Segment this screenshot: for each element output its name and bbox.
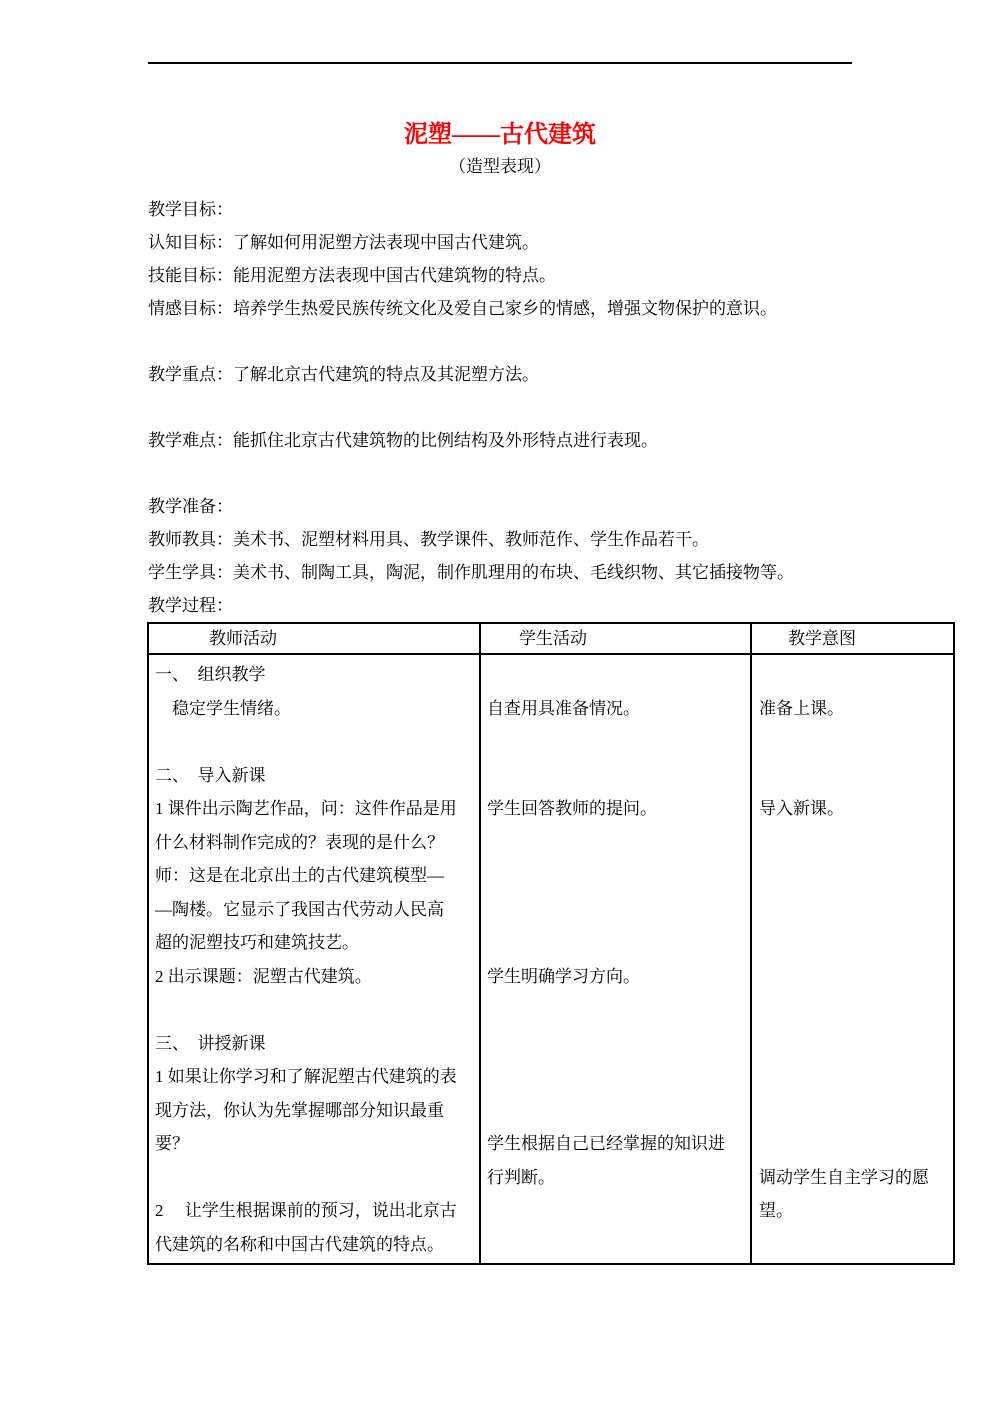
document-title: 泥塑——古代建筑 [148,120,852,151]
paragraph-line [148,391,913,424]
table-cell-line: 行判断。 [487,1161,750,1195]
document-page: 泥塑——古代建筑 （造型表现） 教学目标：认知目标：了解如何用泥塑方法表现中国古… [0,0,993,1404]
table-cell-line: 要？ [155,1127,479,1161]
teacher-activity-cell: 一、 组织教学 稳定学生情绪。二、 导入新课1 课件出示陶艺作品，问：这件作品是… [149,655,481,1263]
table-cell-line [759,1060,953,1094]
table-cell-line: 学生根据自己已经掌握的知识进 [487,1127,750,1161]
table-cell-line [759,1127,953,1161]
table-cell-line [487,1060,750,1094]
table-cell-line: 一、 组织教学 [155,658,479,692]
table-cell-line [487,993,750,1027]
intro-paragraphs: 教学目标：认知目标：了解如何用泥塑方法表现中国古代建筑。技能目标：能用泥塑方法表… [148,193,913,622]
table-header-teacher-activity: 教师活动 [149,624,481,653]
table-cell-line [759,658,953,692]
table-cell-line: 学生回答教师的提问。 [487,792,750,826]
teaching-intent-cell: 准备上课。导入新课。调动学生自主学习的愿望。 [752,655,953,1263]
header-rule [148,62,852,64]
table-cell-line [759,826,953,860]
table-cell-line [759,926,953,960]
table-cell-line: 超的泥塑技巧和建筑技艺。 [155,926,479,960]
document-subtitle: （造型表现） [148,151,852,183]
table-cell-line: 稳定学生情绪。 [155,692,479,726]
table-cell-line: 2 让学生根据课前的预习，说出北京古 [155,1194,479,1228]
table-cell-line: 什么材料制作完成的？表现的是什么？ [155,826,479,860]
paragraph-line: 教学准备： [148,490,913,523]
table-cell-line [487,1027,750,1061]
table-cell-line: 望。 [759,1194,953,1228]
table-cell-line: 1 如果让你学习和了解泥塑古代建筑的表 [155,1060,479,1094]
table-cell-line [487,1194,750,1228]
table-header-row: 教师活动 学生活动 教学意图 [149,624,953,655]
table-cell-line [759,759,953,793]
lesson-plan-table: 教师活动 学生活动 教学意图 一、 组织教学 稳定学生情绪。二、 导入新课1 课… [147,622,955,1265]
paragraph-line: 技能目标：能用泥塑方法表现中国古代建筑物的特点。 [148,259,913,292]
paragraph-line [148,325,913,358]
table-cell-line [759,893,953,927]
paragraph-line: 学生学具：美术书、制陶工具，陶泥，制作肌理用的布块、毛线织物、其它插接物等。 [148,556,913,589]
table-header-student-activity: 学生活动 [481,624,752,653]
table-cell-line [759,1228,953,1262]
table-cell-line [759,960,953,994]
paragraph-line: 教学重点：了解北京古代建筑的特点及其泥塑方法。 [148,358,913,391]
table-header-teaching-intent: 教学意图 [752,624,953,653]
paragraph-line: 教学难点：能抓住北京古代建筑物的比例结构及外形特点进行表现。 [148,424,913,457]
table-cell-line: 学生明确学习方向。 [487,960,750,994]
table-cell-line: 调动学生自主学习的愿 [759,1161,953,1195]
table-body-row: 一、 组织教学 稳定学生情绪。二、 导入新课1 课件出示陶艺作品，问：这件作品是… [149,655,953,1263]
table-cell-line: 2 出示课题：泥塑古代建筑。 [155,960,479,994]
table-cell-line [487,826,750,860]
table-cell-line: —陶楼。它显示了我国古代劳动人民高 [155,893,479,927]
table-cell-line [487,658,750,692]
table-cell-line [487,859,750,893]
table-cell-line: 自查用具准备情况。 [487,692,750,726]
table-cell-line: 准备上课。 [759,692,953,726]
paragraph-line: 教学过程： [148,589,913,622]
paragraph-line: 教师教具：美术书、泥塑材料用具、教学课件、教师范作、学生作品若干。 [148,523,913,556]
table-cell-line [155,993,479,1027]
table-cell-line [155,725,479,759]
table-cell-line [487,893,750,927]
paragraph-line: 情感目标：培养学生热爱民族传统文化及爱自己家乡的情感，增强文物保护的意识。 [148,292,913,325]
table-cell-line: 三、 讲授新课 [155,1027,479,1061]
table-cell-line [759,993,953,1027]
table-cell-line [487,759,750,793]
table-cell-line [759,859,953,893]
student-activity-cell: 自查用具准备情况。学生回答教师的提问。学生明确学习方向。学生根据自己已经掌握的知… [481,655,752,1263]
paragraph-line: 认知目标：了解如何用泥塑方法表现中国古代建筑。 [148,226,913,259]
table-cell-line: 二、 导入新课 [155,759,479,793]
table-cell-line: 师：这是在北京出土的古代建筑模型— [155,859,479,893]
table-cell-line [155,1161,479,1195]
paragraph-line: 教学目标： [148,193,913,226]
table-cell-line: 1 课件出示陶艺作品，问：这件作品是用 [155,792,479,826]
table-cell-line: 代建筑的名称和中国古代建筑的特点。 [155,1228,479,1262]
table-cell-line [759,1027,953,1061]
table-cell-line [487,1094,750,1128]
table-cell-line [487,926,750,960]
table-cell-line: 导入新课。 [759,792,953,826]
table-cell-line [487,1228,750,1262]
table-cell-line [759,1094,953,1128]
paragraph-line [148,457,913,490]
table-cell-line [487,725,750,759]
table-cell-line: 现方法，你认为先掌握哪部分知识最重 [155,1094,479,1128]
table-cell-line [759,725,953,759]
